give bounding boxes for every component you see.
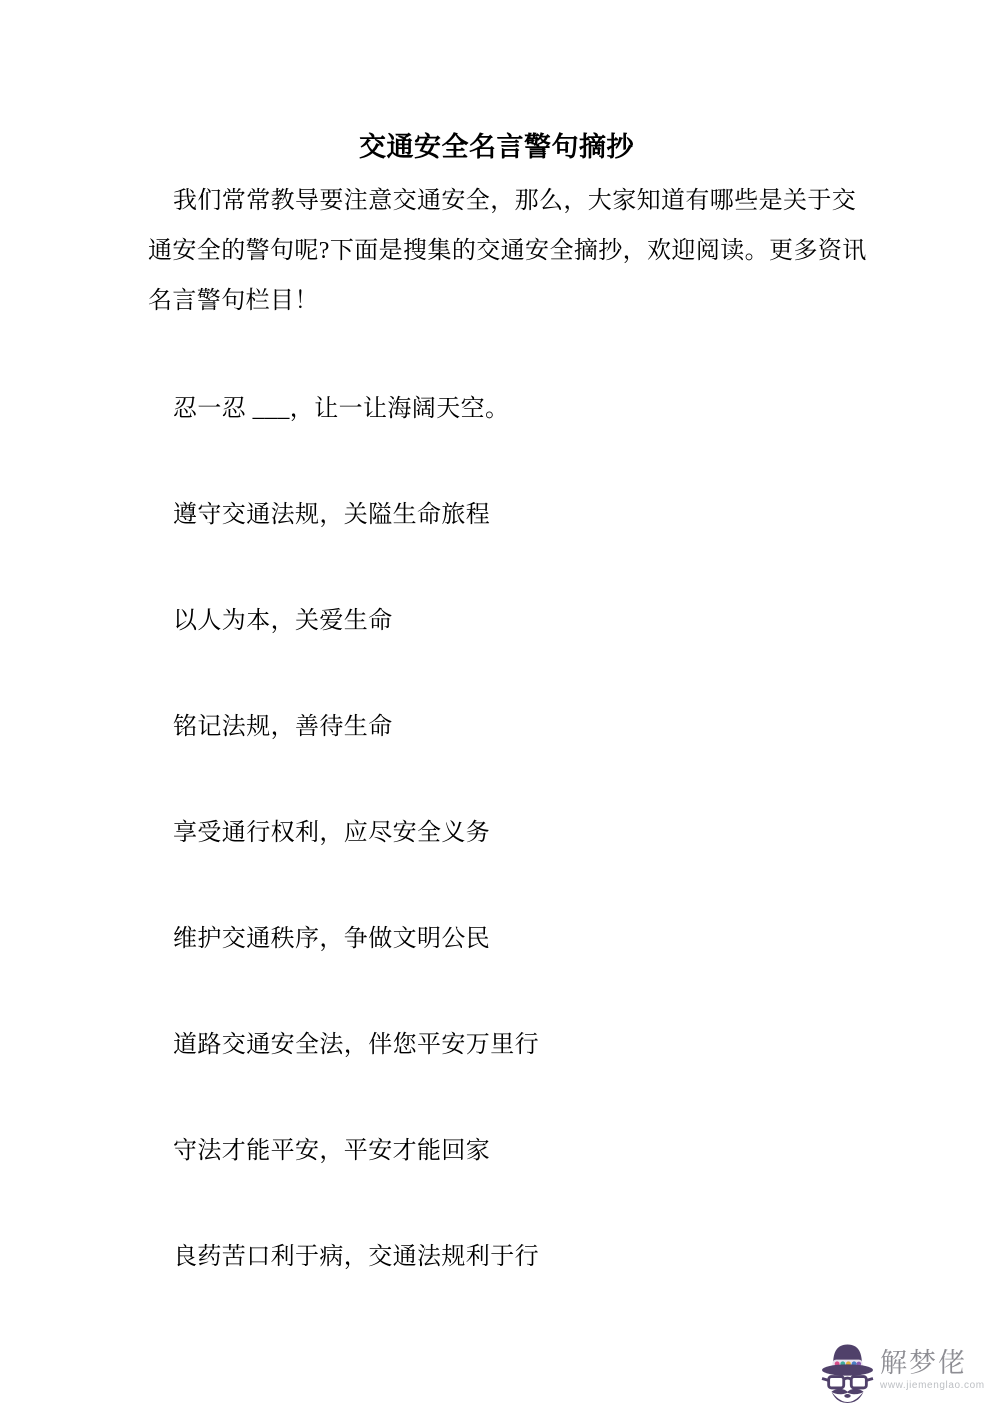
quote-line: 良药苦口利于病，交通法规利于行 [148, 1241, 858, 1273]
quote-line: 维护交通秩序，争做文明公民 [148, 923, 858, 955]
quote-line: 守法才能平安，平安才能回家 [148, 1135, 858, 1167]
quote-line: 享受通行权利，应尽安全义务 [148, 817, 858, 849]
quote-line: 铭记法规，善待生命 [148, 711, 858, 743]
watermark-text-block: 解梦佬 www.jiemenglao.com [880, 1337, 985, 1392]
document-page: 交通安全名言警句摘抄 我们常常教导要注意交通安全，那么，大家知道有哪些是关于交通… [0, 0, 993, 1404]
jiemenglao-mascot-icon [819, 1337, 876, 1403]
document-title: 交通安全名言警句摘抄 [0, 129, 993, 165]
intro-line: 我们常常教导要注意交通安全，那么，大家知道有哪些是关于交 [148, 176, 858, 226]
watermark-logo: 解梦佬 www.jiemenglao.com [819, 1337, 991, 1403]
quote-line: 忍一忍 ___，让一让海阔天空。 [148, 393, 858, 425]
quote-line: 以人为本，关爱生命 [148, 605, 858, 637]
watermark-brand-name: 解梦佬 [880, 1348, 985, 1379]
watermark-url: www.jiemenglao.com [880, 1379, 985, 1392]
quote-line: 道路交通安全法，伴您平安万里行 [148, 1029, 858, 1061]
intro-line: 名言警句栏目！ [148, 276, 858, 326]
intro-paragraph: 我们常常教导要注意交通安全，那么，大家知道有哪些是关于交通安全的警句呢?下面是搜… [148, 176, 858, 326]
intro-line: 通安全的警句呢?下面是搜集的交通安全摘抄，欢迎阅读。更多资讯 [148, 226, 858, 276]
quote-line: 遵守交通法规，关隘生命旅程 [148, 499, 858, 531]
quote-list: 忍一忍 ___，让一让海阔天空。遵守交通法规，关隘生命旅程以人为本，关爱生命铭记… [148, 393, 858, 1273]
